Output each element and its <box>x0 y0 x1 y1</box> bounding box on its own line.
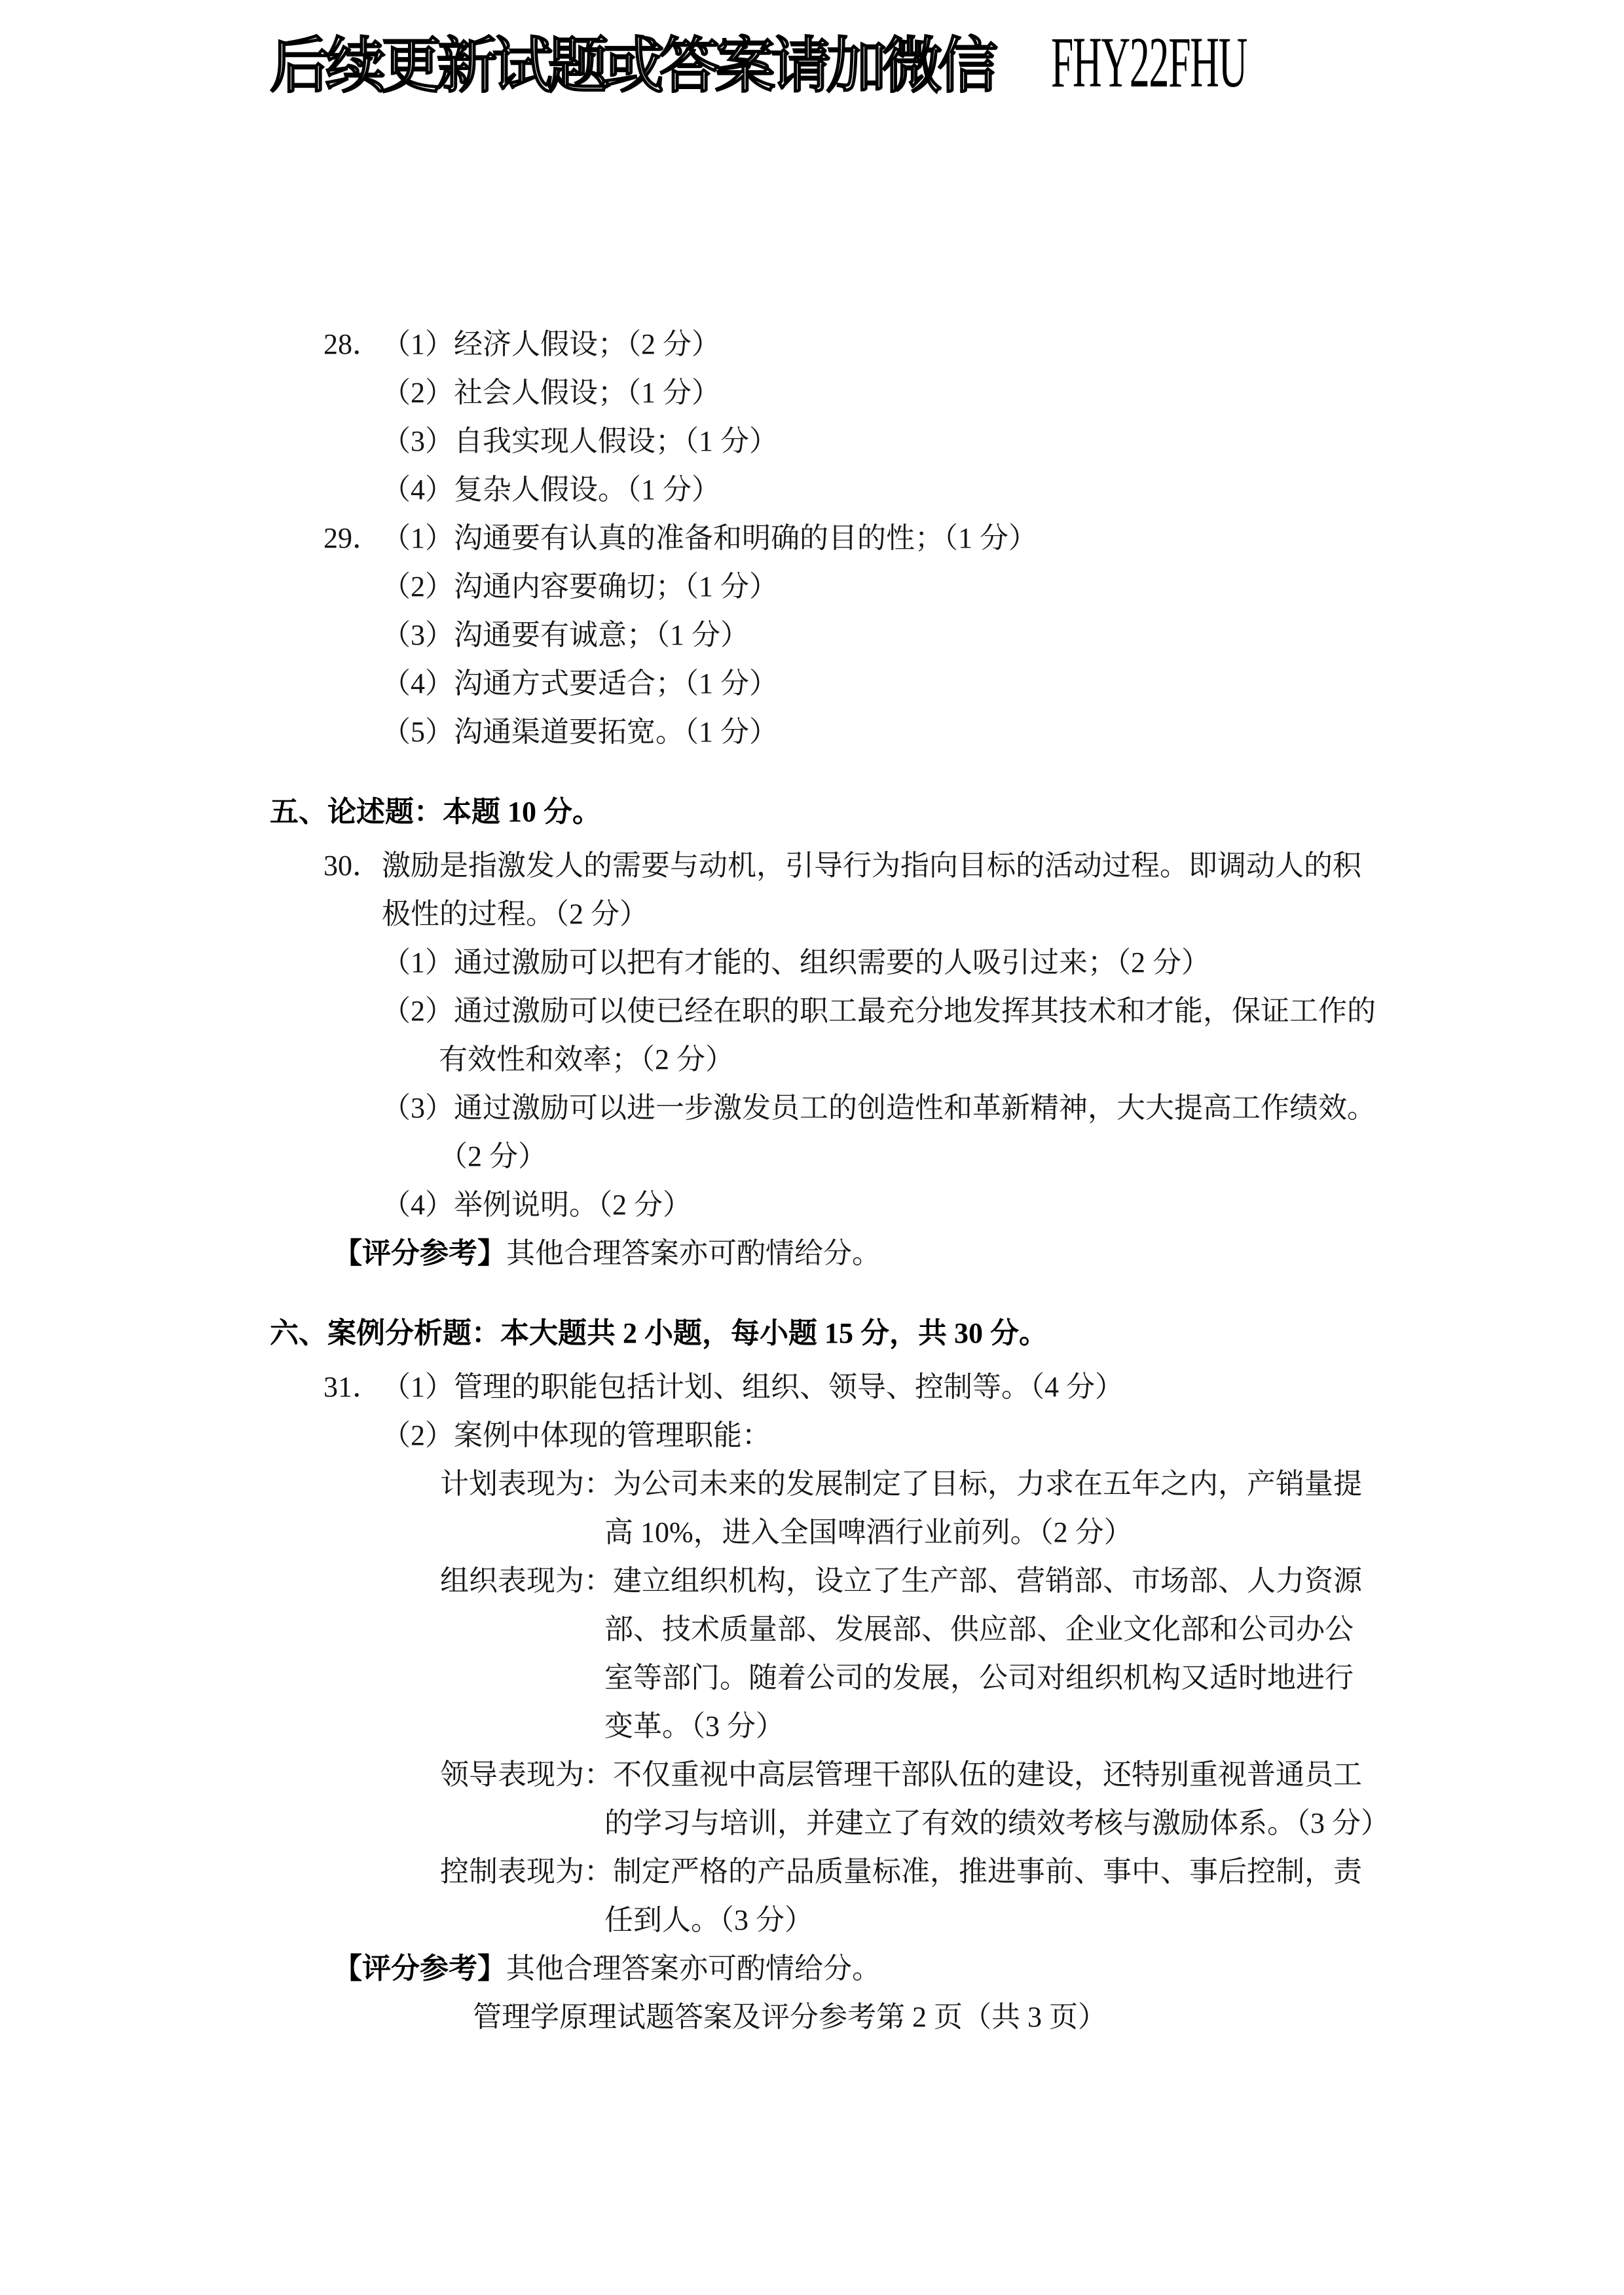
answer-body: 28． （1）经济人假设；（2 分） （2）社会人假设；（1 分） （3）自我实… <box>0 320 1624 2042</box>
scoring-reference-2-label: 【评分参考】 <box>333 1952 506 1985</box>
q31-plan-2: 高 10%，进入全国啤酒行业前列。（2 分） <box>0 1508 1624 1557</box>
q30-line-7: （2 分） <box>0 1132 1624 1181</box>
q31-number: 31． <box>323 1363 381 1411</box>
scoring-reference-1: 【评分参考】其他合理答案亦可酌情给分。 <box>0 1229 1624 1278</box>
scoring-reference-1-text: 其他合理答案亦可酌情给分。 <box>506 1237 881 1269</box>
q31-plan-1: 计划表现为：为公司未来的发展制定了目标，力求在五年之内，产销量提 <box>0 1460 1624 1508</box>
q31-ctrl-2: 任到人。（3 分） <box>0 1896 1624 1945</box>
q31-plan-a: 计划表现为：为公司未来的发展制定了目标，力求在五年之内，产销量提 <box>440 1468 1362 1500</box>
q29-line-5: （5）沟通渠道要拓宽。（1 分） <box>0 708 1624 756</box>
q31-lead-2: 的学习与培训，并建立了有效的绩效考核与激励体系。（3 分） <box>0 1799 1624 1848</box>
q30-intro-2: 极性的过程。（2 分） <box>382 898 648 930</box>
q28-line-1: 28． （1）经济人假设；（2 分） <box>0 320 1624 369</box>
q31-org-3: 室等部门。随着公司的发展，公司对组织机构又适时地进行 <box>0 1654 1624 1702</box>
q30-item-2a: （2）通过激励可以使已经在职的职工最充分地发挥其技术和才能，保证工作的 <box>382 995 1376 1027</box>
q29-line-2: （2）沟通内容要确切；（1 分） <box>0 563 1624 611</box>
q30-line-8: （4）举例说明。（2 分） <box>0 1181 1624 1229</box>
q28-line-2: （2）社会人假设；（1 分） <box>0 369 1624 417</box>
q29-number: 29． <box>323 514 381 563</box>
q29-item-4: （4）沟通方式要适合；（1 分） <box>382 667 778 700</box>
q28-item-1: （1）经济人假设；（2 分） <box>382 328 720 360</box>
q30-intro-1: 激励是指激发人的需要与动机，引导行为指向目标的活动过程。即调动人的积 <box>382 849 1361 882</box>
q30-line-1: 30． 激励是指激发人的需要与动机，引导行为指向目标的活动过程。即调动人的积 <box>0 842 1624 890</box>
q31-org-4: 变革。（3 分） <box>0 1702 1624 1751</box>
q30-line-3: （1）通过激励可以把有才能的、组织需要的人吸引过来；（2 分） <box>0 939 1624 987</box>
scoring-reference-2: 【评分参考】其他合理答案亦可酌情给分。 <box>0 1945 1624 1993</box>
scoring-reference-2-text: 其他合理答案亦可酌情给分。 <box>506 1952 881 1985</box>
q31-ctrl-b: 任到人。（3 分） <box>604 1904 813 1936</box>
q31-item-1: （1）管理的职能包括计划、组织、领导、控制等。（4 分） <box>382 1371 1124 1403</box>
q30-item-3a: （3）通过激励可以进一步激发员工的创造性和革新精神，大大提高工作绩效。 <box>382 1092 1376 1124</box>
q30-line-2: 极性的过程。（2 分） <box>0 890 1624 939</box>
q30-line-4: （2）通过激励可以使已经在职的职工最充分地发挥其技术和才能，保证工作的 <box>0 987 1624 1036</box>
scoring-reference-1-label: 【评分参考】 <box>333 1237 506 1269</box>
page-footer: 管理学原理试题答案及评分参考第 2 页（共 3 页） <box>0 1993 1624 2042</box>
q30-item-2b: 有效性和效率；（2 分） <box>439 1043 734 1075</box>
q31-org-1: 组织表现为：建立组织机构，设立了生产部、营销部、市场部、人力资源 <box>0 1557 1624 1605</box>
q31-org-d: 变革。（3 分） <box>604 1710 784 1742</box>
q31-lead-a: 领导表现为：不仅重视中高层管理干部队伍的建设，还特别重视普通员工 <box>440 1759 1362 1791</box>
q31-line-1: 31． （1）管理的职能包括计划、组织、领导、控制等。（4 分） <box>0 1363 1624 1411</box>
q29-line-4: （4）沟通方式要适合；（1 分） <box>0 660 1624 708</box>
q31-org-c: 室等部门。随着公司的发展，公司对组织机构又适时地进行 <box>604 1662 1354 1694</box>
q30-item-4: （4）举例说明。（2 分） <box>382 1189 692 1221</box>
q31-org-a: 组织表现为：建立组织机构，设立了生产部、营销部、市场部、人力资源 <box>440 1565 1362 1597</box>
wechat-id: FHY22FHU <box>1051 26 1247 98</box>
q31-ctrl-a: 控制表现为：制定严格的产品质量标准，推进事前、事中、事后控制，责 <box>440 1856 1362 1888</box>
q28-line-4: （4）复杂人假设。（1 分） <box>0 466 1624 514</box>
section5-title: 五、论述题：本题 10 分。 <box>0 788 1624 836</box>
q30-line-6: （3）通过激励可以进一步激发员工的创造性和革新精神，大大提高工作绩效。 <box>0 1084 1624 1132</box>
exam-answer-page: 后续更新试题或答案请加微信FHY22FHU 28． （1）经济人假设；（2 分）… <box>0 0 1624 2295</box>
q30-number: 30． <box>323 842 381 890</box>
q28-item-4: （4）复杂人假设。（1 分） <box>382 474 720 506</box>
q29-item-5: （5）沟通渠道要拓宽。（1 分） <box>382 716 778 748</box>
q31-org-b: 部、技术质量部、发展部、供应部、企业文化部和公司办公 <box>604 1613 1354 1645</box>
q30-item-1: （1）通过激励可以把有才能的、组织需要的人吸引过来；（2 分） <box>382 946 1210 979</box>
promo-text: 后续更新试题或答案请加微信 <box>270 33 993 100</box>
section6-title: 六、案例分析题：本大题共 2 小题，每小题 15 分，共 30 分。 <box>0 1309 1624 1358</box>
q28-item-3: （3）自我实现人假设；（1 分） <box>382 425 778 457</box>
q28-line-3: （3）自我实现人假设；（1 分） <box>0 417 1624 466</box>
q31-lead-1: 领导表现为：不仅重视中高层管理干部队伍的建设，还特别重视普通员工 <box>0 1751 1624 1799</box>
q30-line-5: 有效性和效率；（2 分） <box>0 1036 1624 1084</box>
q31-plan-b: 高 10%，进入全国啤酒行业前列。（2 分） <box>604 1516 1133 1548</box>
q31-lead-b: 的学习与培训，并建立了有效的绩效考核与激励体系。（3 分） <box>604 1807 1390 1839</box>
q31-line-2: （2）案例中体现的管理职能： <box>0 1411 1624 1460</box>
q31-ctrl-1: 控制表现为：制定严格的产品质量标准，推进事前、事中、事后控制，责 <box>0 1848 1624 1896</box>
q31-org-2: 部、技术质量部、发展部、供应部、企业文化部和公司办公 <box>0 1605 1624 1654</box>
q29-item-3: （3）沟通要有诚意；（1 分） <box>382 619 749 651</box>
q29-item-2: （2）沟通内容要确切；（1 分） <box>382 570 778 603</box>
q29-line-1: 29． （1）沟通要有认真的准备和明确的目的性；（1 分） <box>0 514 1624 563</box>
q28-number: 28． <box>323 320 381 369</box>
q30-item-3b: （2 分） <box>439 1140 547 1172</box>
q29-item-1: （1）沟通要有认真的准备和明确的目的性；（1 分） <box>382 522 1037 554</box>
page-footer-text: 管理学原理试题答案及评分参考第 2 页（共 3 页） <box>473 2001 1107 2033</box>
q31-item-2: （2）案例中体现的管理职能： <box>382 1419 771 1451</box>
q28-item-2: （2）社会人假设；（1 分） <box>382 377 720 409</box>
promo-header: 后续更新试题或答案请加微信FHY22FHU <box>270 26 1401 120</box>
q29-line-3: （3）沟通要有诚意；（1 分） <box>0 611 1624 660</box>
